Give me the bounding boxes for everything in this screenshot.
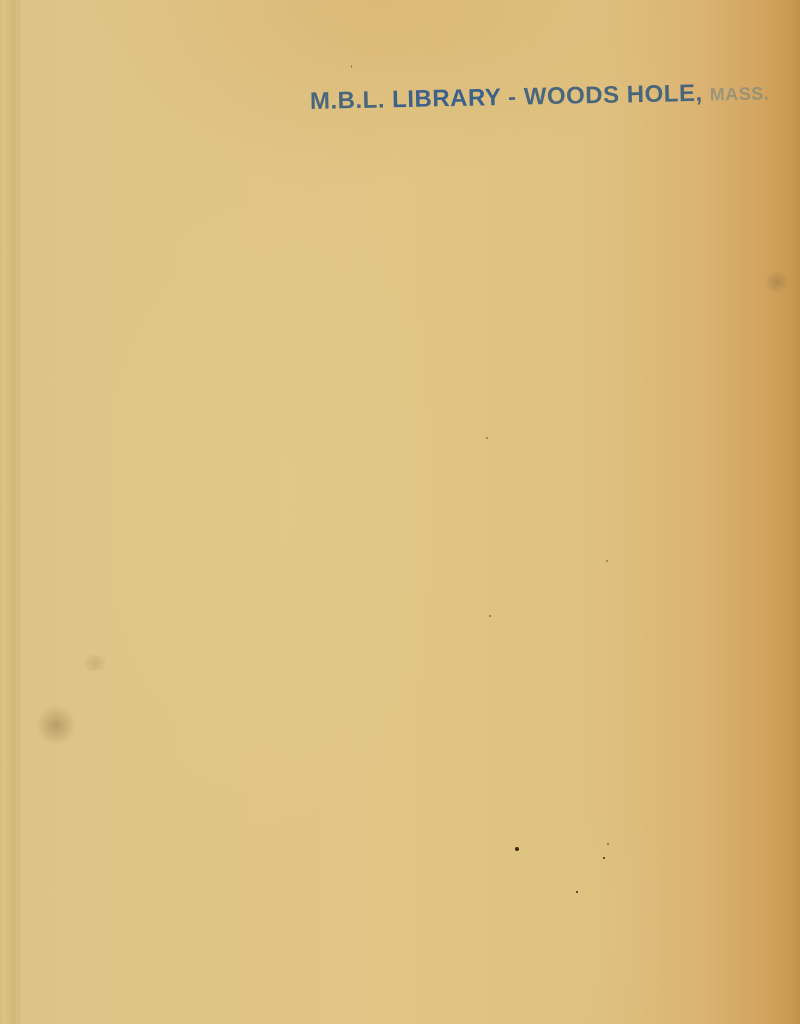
stamp-library: LIBRARY [392,84,501,113]
library-stamp: M.B.L. LIBRARY - WOODS HOLE, MASS. [310,78,770,116]
paper-speck [576,891,578,893]
stamp-woods-hole: - WOODS HOLE, [508,80,703,111]
paper-speck [603,857,605,859]
stamp-mass: MASS. [710,83,770,104]
paper-speck [607,843,609,845]
paper-speck [486,437,488,439]
paper-speck [606,560,608,562]
paper-stain [765,270,789,294]
stamp-mbl: M.B.L. [310,86,386,115]
paper-stain [36,705,76,745]
paper-speck [489,615,491,617]
scanned-page: M.B.L. LIBRARY - WOODS HOLE, MASS. [0,0,800,1024]
paper-stain [80,655,110,671]
paper-speck [515,847,519,851]
paper-speck [351,65,352,68]
binding-edge [18,0,20,1024]
